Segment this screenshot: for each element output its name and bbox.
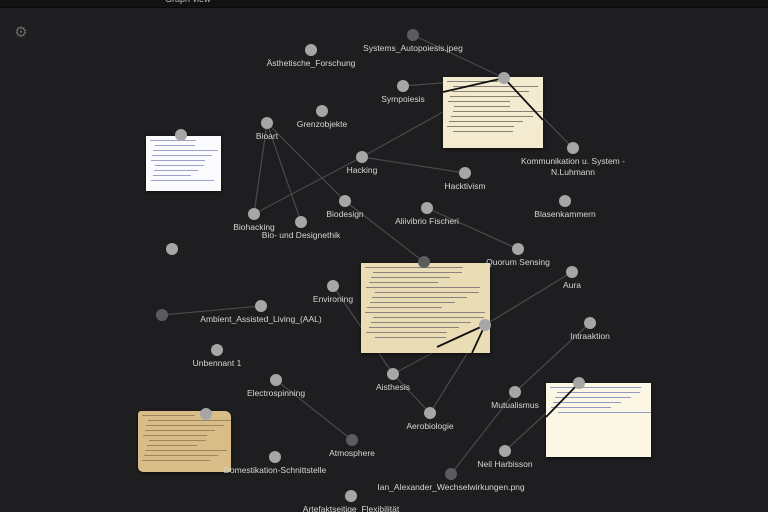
note-card-image[interactable] <box>146 136 221 191</box>
graph-edge <box>413 35 504 78</box>
node-label[interactable]: Mutualismus <box>491 400 539 411</box>
node-label[interactable]: Electrospinning <box>247 388 305 399</box>
node-label[interactable]: Aliivibrio Fischeri <box>395 216 459 227</box>
graph-node-intraaktion[interactable] <box>584 317 596 329</box>
node-label[interactable]: Atmosphere <box>329 448 375 459</box>
graph-node-aura[interactable] <box>566 266 578 278</box>
title-bar: Graph view <box>0 0 768 8</box>
graph-node-aerobiologie[interactable] <box>424 407 436 419</box>
node-label[interactable]: Bio- und Designethik <box>262 230 340 241</box>
handwriting-lines <box>365 267 486 349</box>
graph-node-unbennant[interactable] <box>211 344 223 356</box>
graph-node-card-center-hub[interactable] <box>418 256 430 268</box>
graph-node-electrospinning[interactable] <box>270 374 282 386</box>
graph-node-aesthetische[interactable] <box>305 44 317 56</box>
graph-node-blasenkammern[interactable] <box>559 195 571 207</box>
graph-edges <box>0 0 768 512</box>
graph-node-hacktivism[interactable] <box>459 167 471 179</box>
graph-node-sympoiesis[interactable] <box>397 80 409 92</box>
handwriting-lines <box>550 387 647 453</box>
graph-node-artefakt[interactable] <box>345 490 357 502</box>
graph-node-aliivibrio[interactable] <box>421 202 433 214</box>
graph-node-environing[interactable] <box>327 280 339 292</box>
node-label[interactable]: Bioart <box>256 131 278 142</box>
graph-node-bio-designethik[interactable] <box>295 216 307 228</box>
graph-node-card-left-top[interactable] <box>175 129 187 141</box>
node-label[interactable]: Ästhetische_Forschung <box>267 58 356 69</box>
gear-icon[interactable]: ⚙ <box>13 25 29 41</box>
handwriting-lines <box>142 415 227 468</box>
node-label[interactable]: Systems_Autopoiesis.jpeg <box>363 43 463 54</box>
graph-node-aal[interactable] <box>255 300 267 312</box>
node-label[interactable]: Ambient_Assisted_Living_(AAL) <box>200 314 321 325</box>
graph-node-biodesign[interactable] <box>339 195 351 207</box>
graph-node-grenzobjekte[interactable] <box>316 105 328 117</box>
node-label[interactable]: Aerobiologie <box>406 421 453 432</box>
node-label[interactable]: Kommunikation u. System -N.Luhmann <box>521 156 625 178</box>
graph-node-card-left-bottom[interactable] <box>200 408 212 420</box>
graph-node-card-hub-top[interactable] <box>498 72 510 84</box>
node-label[interactable]: Hacking <box>347 165 378 176</box>
node-label[interactable]: Blasenkammern <box>534 209 595 220</box>
node-label[interactable]: Artefaktseitige_Flexibilität <box>303 504 399 512</box>
note-card-image[interactable] <box>138 411 231 472</box>
node-label[interactable]: Ian_Alexander_Wechselwirkungen.png <box>377 482 524 493</box>
graph-node-kommunikation[interactable] <box>567 142 579 154</box>
graph-node-card-right-bottom[interactable] <box>573 377 585 389</box>
graph-node-hacking[interactable] <box>356 151 368 163</box>
graph-node-bioart[interactable] <box>261 117 273 129</box>
graph-node-domestikation[interactable] <box>269 451 281 463</box>
node-label[interactable]: Sympoiesis <box>381 94 424 105</box>
graph-view[interactable]: ⚙ Systems_Autopoiesis.jpegÄsthetische_Fo… <box>0 8 768 512</box>
node-label[interactable]: Quorum Sensing <box>486 257 550 268</box>
graph-node-systems-autopoiesis[interactable] <box>407 29 419 41</box>
node-label[interactable]: Grenzobjekte <box>297 119 348 130</box>
graph-node-mutualismus[interactable] <box>509 386 521 398</box>
graph-edge <box>427 208 518 249</box>
graph-node-atmosphere[interactable] <box>346 434 358 446</box>
node-label[interactable]: Biodesign <box>326 209 363 220</box>
graph-edge <box>393 374 430 413</box>
graph-node-neil[interactable] <box>499 445 511 457</box>
note-card-image[interactable] <box>361 263 490 353</box>
handwriting-lines <box>150 140 217 187</box>
node-label[interactable]: Intraaktion <box>570 331 610 342</box>
graph-node-ian-alexander[interactable] <box>445 468 457 480</box>
graph-node-orphan-left[interactable] <box>166 243 178 255</box>
node-label[interactable]: Aisthesis <box>376 382 410 393</box>
graph-edge <box>485 272 572 325</box>
node-label[interactable]: Environing <box>313 294 353 305</box>
window-title: Graph view <box>165 0 211 4</box>
node-label[interactable]: Neil Harbisson <box>477 459 532 470</box>
node-label[interactable]: Domestikation-Schnittstelle <box>224 465 327 476</box>
node-label[interactable]: Hacktivism <box>444 181 485 192</box>
graph-node-aal-left[interactable] <box>156 309 168 321</box>
handwriting-lines <box>447 81 539 144</box>
note-card-image[interactable] <box>443 77 543 148</box>
note-card-image[interactable] <box>546 383 651 457</box>
graph-edge <box>267 123 345 201</box>
node-label[interactable]: Aura <box>563 280 581 291</box>
graph-node-aisthesis[interactable] <box>387 368 399 380</box>
node-label[interactable]: Unbennant 1 <box>193 358 242 369</box>
graph-node-quorum[interactable] <box>512 243 524 255</box>
graph-node-biohacking[interactable] <box>248 208 260 220</box>
graph-node-card-center-right[interactable] <box>479 319 491 331</box>
highlighted-edges <box>0 0 768 512</box>
